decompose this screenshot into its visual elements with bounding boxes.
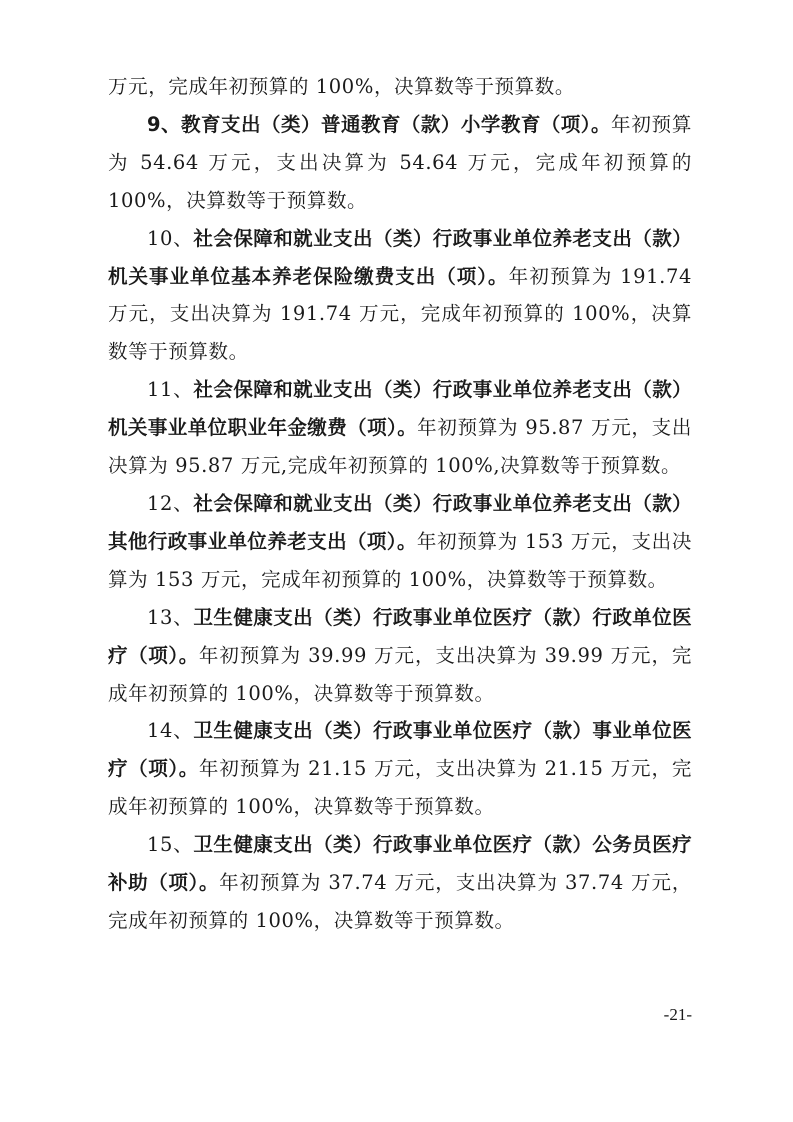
budget-item-14: 14、卫生健康支出（类）行政事业单位医疗（款）事业单位医疗（项）。年初预算为 2…: [108, 712, 692, 826]
item-number: 9、: [147, 113, 181, 136]
item-number: 12、: [147, 492, 193, 515]
document-page: 万元，完成年初预算的 100%，决算数等于预算数。 9、教育支出（类）普通教育（…: [108, 68, 692, 940]
budget-item-12: 12、社会保障和就业支出（类）行政事业单位养老支出（款）其他行政事业单位养老支出…: [108, 485, 692, 599]
item-number: 13、: [147, 606, 193, 629]
budget-item-10: 10、社会保障和就业支出（类）行政事业单位养老支出（款）机关事业单位基本养老保险…: [108, 220, 692, 372]
page-number: -21-: [664, 1005, 692, 1025]
budget-item-13: 13、卫生健康支出（类）行政事业单位医疗（款）行政单位医疗（项）。年初预算为 3…: [108, 599, 692, 713]
item-number: 10、: [147, 227, 193, 250]
budget-item-15: 15、卫生健康支出（类）行政事业单位医疗（款）公务员医疗补助（项）。年初预算为 …: [108, 826, 692, 940]
continuation-paragraph: 万元，完成年初预算的 100%，决算数等于预算数。: [108, 68, 692, 106]
item-number: 14、: [147, 719, 193, 742]
budget-item-9: 9、教育支出（类）普通教育（款）小学教育（项）。年初预算为 54.64 万元，支…: [108, 106, 692, 220]
item-number: 11、: [147, 378, 193, 401]
item-number: 15、: [147, 833, 193, 856]
item-heading: 教育支出（类）普通教育（款）小学教育（项）。: [181, 113, 611, 136]
budget-item-11: 11、社会保障和就业支出（类）行政事业单位养老支出（款）机关事业单位职业年金缴费…: [108, 371, 692, 485]
